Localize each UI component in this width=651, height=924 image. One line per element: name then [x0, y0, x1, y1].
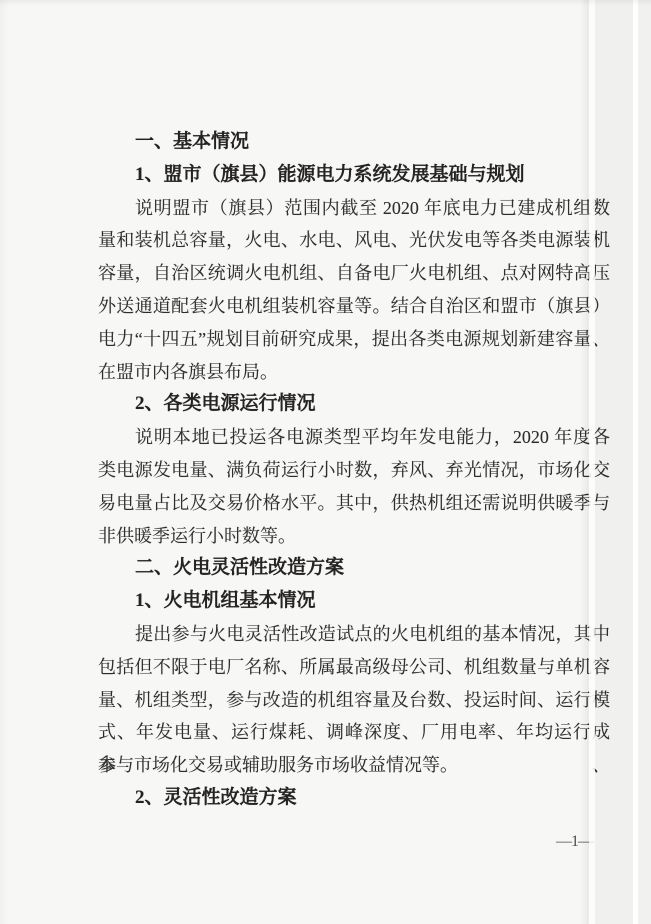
text-line: 在盟市内各旗县布局。: [98, 356, 610, 389]
text-line: 一、基本情况: [98, 126, 610, 159]
adjacent-page-band: [595, 0, 633, 924]
text-line: 易电量占比及交易价格水平。其中，供热机组还需说明供暖季与: [98, 487, 610, 520]
text-line: 包括但不限于电厂名称、所属最高级母公司、机组数量与单机容: [98, 651, 610, 684]
text-line: 二、火电灵活性改造方案: [98, 552, 610, 585]
text-line: 非供暖季运行小时数等。: [98, 520, 610, 553]
text-line: 容量，自治区统调火电机组、自备电厂火电机组、点对网特高压: [98, 257, 610, 290]
text-line: 2、灵活性改造方案: [98, 782, 610, 815]
text-line: 2、各类电源运行情况: [98, 388, 610, 421]
document-page: 一、基本情况1、盟市（旗县）能源电力系统发展基础与规划说明盟市（旗县）范围内截至…: [0, 0, 651, 924]
text-line: 1、火电机组基本情况: [98, 585, 610, 618]
text-line: 说明本地已投运各电源类型平均年发电能力，2020 年度各: [98, 421, 610, 454]
text-line: 式、年发电量、运行煤耗、调峰深度、厂用电率、年均运行成本、: [98, 716, 610, 749]
page-fold-shadow: [580, 0, 589, 924]
text-line: 电力“十四五”规划目前研究成果，提出各类电源规划新建容量、: [98, 323, 610, 356]
text-line: 量和装机总容量，火电、水电、风电、光伏发电等各类电源装机: [98, 224, 610, 257]
text-line: 1、盟市（旗县）能源电力系统发展基础与规划: [98, 159, 610, 192]
text-line: 说明盟市（旗县）范围内截至 2020 年底电力已建成机组数: [98, 192, 610, 225]
text-line: 量、机组类型，参与改造的机组容量及台数、投运时间、运行模: [98, 684, 610, 717]
scan-right-margin: [638, 0, 651, 924]
document-text: 一、基本情况1、盟市（旗县）能源电力系统发展基础与规划说明盟市（旗县）范围内截至…: [98, 126, 610, 815]
scan-top-shadow: [0, 0, 651, 6]
text-line: 外送通道配套火电机组装机容量等。结合自治区和盟市（旗县）: [98, 290, 610, 323]
text-line: 类电源发电量、满负荷运行小时数，弃风、弃光情况，市场化交: [98, 454, 610, 487]
text-line: 提出参与火电灵活性改造试点的火电机组的基本情况，其中: [98, 618, 610, 651]
scan-left-shadow: [0, 0, 8, 924]
